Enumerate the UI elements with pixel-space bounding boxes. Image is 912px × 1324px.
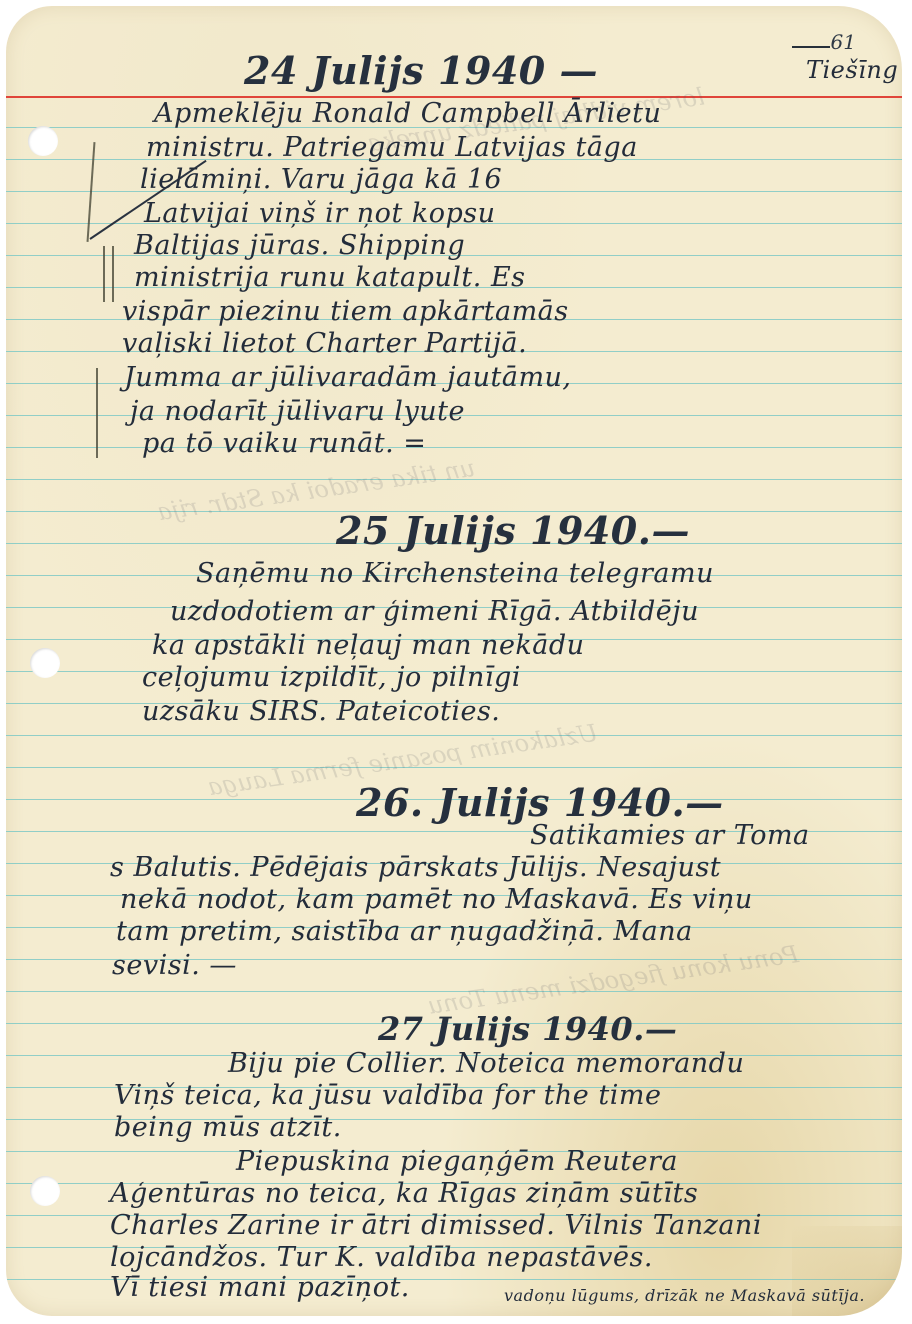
entry-line: lielāmiņi. Varu jāga kā 16 <box>140 164 502 195</box>
entry-date: 26. Julijs 1940.— <box>356 780 724 825</box>
entry-date: 25 Julijs 1940.— <box>336 508 690 553</box>
entry-line: Jumma ar jūlivaradām jautāmu, <box>124 362 572 393</box>
notebook-page: lorem vidhaj paliedz unreka un tika erad… <box>6 6 902 1316</box>
page-number: 61 <box>831 30 856 54</box>
entry-line: nekā nodot, kam pamēt no Maskavā. Es viņ… <box>120 884 753 915</box>
entry-line: Saņēmu no Kirchensteina telegramu <box>196 558 714 589</box>
entry-line: lojcāndžos. Tur K. valdība nepastāvēs. <box>110 1242 653 1273</box>
margin-single-bar <box>96 368 98 458</box>
entry-line: Tiešīng <box>806 56 898 84</box>
entry-line: ministru. Patriegamu Latvijas tāga <box>146 132 638 163</box>
entry-line: Latvijai viņš ir ņot kopsu <box>144 198 496 229</box>
entry-line: Charles Zarine ir ātri dimissed. Vilnis … <box>110 1210 762 1241</box>
entry-line: s Balutis. Pēdējais pārskats Jūlijs. Nes… <box>110 852 721 883</box>
ruled-line <box>6 447 902 448</box>
entry-line: uzsāku SIRS. Pateicoties. <box>142 696 500 727</box>
entry-line: Apmeklēju Ronald Campbell Ārlietu <box>154 98 661 129</box>
entry-date: 24 Julijs 1940 — <box>244 48 598 93</box>
entry-line: Vī tiesi mani pazīņot. <box>110 1272 410 1303</box>
entry-line: Piepuskina piegaņģēm Reutera <box>236 1146 678 1177</box>
entry-line: sevisi. — <box>112 950 237 981</box>
ruled-line <box>6 735 902 736</box>
margin-bracket-mark <box>87 142 96 242</box>
entry-line: Baltijas jūras. Shipping <box>134 230 465 261</box>
entry-line: uzdodotiem ar ģimeni Rīgā. Atbildēju <box>170 596 699 627</box>
entry-line: Viņš teica, ka jūsu valdība for the time <box>114 1080 661 1111</box>
ruled-line <box>6 991 902 992</box>
entry-line: ja nodarīt jūlivaru lyute <box>130 396 465 427</box>
entry-date: 27 Julijs 1940.— <box>378 1010 677 1048</box>
margin-double-bar <box>103 246 105 302</box>
entry-line: Satikamies ar Toma <box>530 820 810 851</box>
entry-footnote: vadoņu lūgums, drīzāk ne Maskavā sūtīja. <box>504 1286 865 1305</box>
ruled-line <box>6 479 902 480</box>
entry-line: ceļojumu izpildīt, jo pilnīgi <box>142 662 521 693</box>
margin-double-bar <box>112 246 114 302</box>
entry-line: Biju pie Collier. Noteica memorandu <box>228 1048 744 1079</box>
entry-line: being mūs atzīt. <box>114 1112 342 1143</box>
entry-line: vaļiski lietot Charter Partijā. <box>122 328 527 359</box>
punch-hole <box>30 648 60 678</box>
punch-hole <box>30 1176 60 1206</box>
entry-line: ka apstākli neļauj man nekādu <box>152 630 585 661</box>
entry-line: Aģentūras no teica, ka Rīgas ziņām sūtīt… <box>110 1178 698 1209</box>
entry-line: vispār piezinu tiem apkārtamās <box>122 296 569 327</box>
ruled-line <box>6 767 902 768</box>
entry-line: ministrija runu katapult. Es <box>134 262 526 293</box>
bleed-through: Ponu konu fiegodzi menu Tonu <box>426 940 800 1020</box>
entry-line: tam pretim, saistība ar ņugadžiņā. Mana <box>116 916 693 947</box>
punch-hole <box>28 126 58 156</box>
entry-line: pa tō vaiku runāt. = <box>142 428 426 459</box>
